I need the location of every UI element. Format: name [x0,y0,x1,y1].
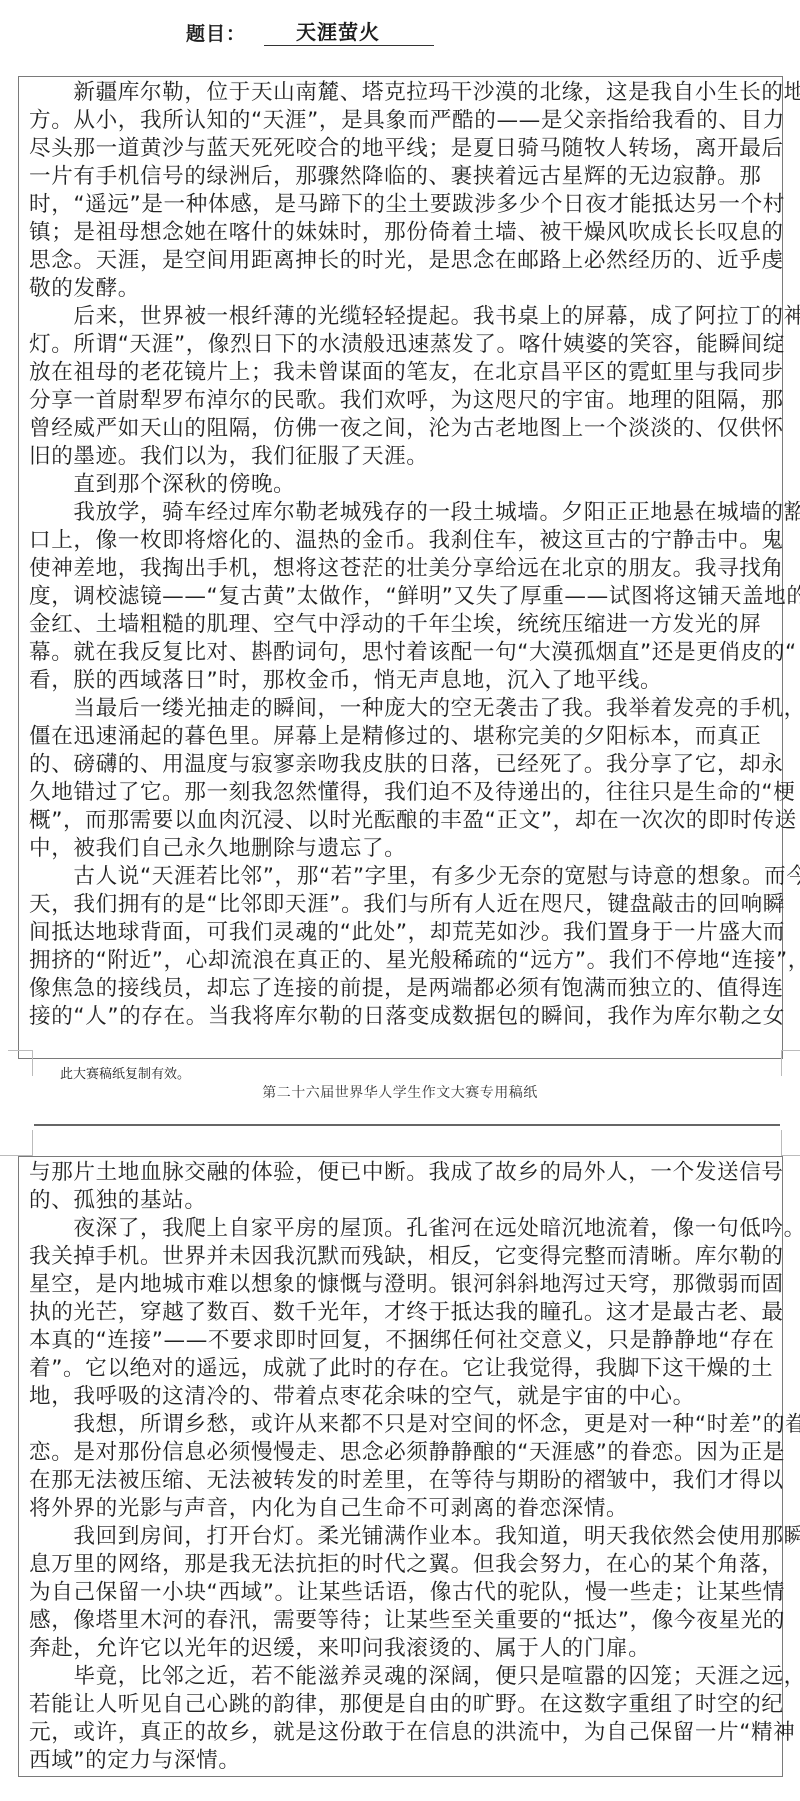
text-line: 使神差地，我掏出手机，想将这苍茫的壮美分享给远在北京的朋友。我寻找角 [29,555,776,583]
paper-header-title: 第二十六届世界华人学生作文大赛专用稿纸 [0,1082,800,1102]
text-line: 古人说“天涯若比邻”，那“若”字里，有多少无奈的宽慰与诗意的想象。而今 [29,863,776,891]
text-line: 像焦急的接线员，却忘了连接的前提，是两端都必须有饱满而独立的、值得连 [29,975,776,1003]
text-line: 间抵达地球背面，可我们灵魂的“此处”，却荒芜如沙。我们置身于一片盛大而 [29,919,776,947]
text-line: 思念。天涯，是空间用距离抻长的时光，是思念在邮路上必然经历的、近乎虔 [29,247,776,275]
text-line: 若能让人听见自己心跳的韵律，那便是自由的旷野。在这数字重组了时空的纪 [29,1691,776,1719]
crop-mark [8,1050,32,1051]
text-line: 中，被我们自己永久地删除与遗忘了。 [29,835,776,863]
essay-title-row: 题目： 天涯萤火 [186,16,434,46]
text-line: 一片有手机信号的绿洲后，那骤然降临的、裹挟着远古星辉的无边寂静。那 [29,163,776,191]
manuscript-sheet-2: 与那片土地血脉交融的体验，便已中断。我成了故乡的局外人，一个发送信号的、孤独的基… [18,1156,783,1777]
manuscript-sheet-1: 新疆库尔勒，位于天山南麓、塔克拉玛干沙漠的北缘，这是我自小生长的地方。从小，我所… [18,76,783,1059]
crop-mark [781,1155,800,1156]
crop-mark [32,1130,33,1156]
text-line: 的、磅礴的、用温度与寂寥亲吻我皮肤的日落，已经死了。我分享了它，却永 [29,751,776,779]
text-line: 执的光芒，穿越了数百、数千光年，才终于抵达我的瞳孔。这才是最古老、最 [29,1299,776,1327]
text-line: 感，像塔里木河的春汛，需要等待；让某些至关重要的“抵达”，像今夜星光的 [29,1607,776,1635]
copy-valid-note: 此大赛稿纸复制有效。 [60,1063,190,1082]
crop-mark [781,1130,782,1156]
text-line: 我放学，骑车经过库尔勒老城残存的一段土城墙。夕阳正正地悬在城墙的豁 [29,499,776,527]
text-line: 概”，而那需要以血肉沉浸、以时光酝酿的丰盈“正文”，却在一次次的即时传送 [29,807,776,835]
essay-text-page-1: 新疆库尔勒，位于天山南麓、塔克拉玛干沙漠的北缘，这是我自小生长的地方。从小，我所… [29,79,776,1031]
text-line: 为自己保留一小块“西域”。让某些话语，像古代的驼队，慢一些走；让某些情 [29,1579,776,1607]
text-line: 毕竟，比邻之近，若不能滋养灵魂的深阔，便只是喧嚣的囚笼；天涯之远， [29,1663,776,1691]
text-line: 方。从小，我所认知的“天涯”，是具象而严酷的——是父亲指给我看的、目力 [29,107,776,135]
text-line: 星空，是内地城市难以想象的慷慨与澄明。银河斜斜地泻过天穹，那微弱而固 [29,1271,776,1299]
text-line: 天，我们拥有的是“比邻即天涯”。我们与所有人近在咫尺，键盘敲击的回响瞬 [29,891,776,919]
essay-title: 天涯萤火 [264,16,434,46]
text-line: 在那无法被压缩、无法被转发的时差里，在等待与期盼的褶皱中，我们才得以 [29,1467,776,1495]
text-line: 分享一首尉犁罗布淖尔的民歌。我们欢呼，为这咫尺的宇宙。地理的阻隔，那 [29,387,776,415]
text-line: 西域”的定力与深情。 [29,1747,776,1775]
text-line: 久地错过了它。那一刻我忽然懂得，我们迫不及待递出的，往往只是生命的“梗 [29,779,776,807]
text-line: 放在祖母的老花镜片上；我未曾谋面的笔友，在北京昌平区的霓虹里与我同步 [29,359,776,387]
text-line: 我关掉手机。世界并未因我沉默而残缺，相反，它变得完整而清晰。库尔勒的 [29,1243,776,1271]
text-line: 度，调校滤镜——“复古黄”太做作，“鲜明”又失了厚重——试图将这铺天盖地的 [29,583,776,611]
text-line: 着”。它以绝对的遥远，成就了此时的存在。它让我觉得，我脚下这干燥的土 [29,1355,776,1383]
text-line: 看，朕的西域落日”时，那枚金币，悄无声息地，沉入了地平线。 [29,667,776,695]
text-line: 敬的发酵。 [29,275,776,303]
text-line: 旧的墨迹。我们以为，我们征服了天涯。 [29,443,776,471]
text-line: 我想，所谓乡愁，或许从来都不只是对空间的怀念，更是对一种“时差”的眷 [29,1411,776,1439]
text-line: 后来，世界被一根纤薄的光缆轻轻提起。我书桌上的屏幕，成了阿拉丁的神 [29,303,776,331]
text-line: 我回到房间，打开台灯。柔光铺满作业本。我知道，明天我依然会使用那瞬 [29,1523,776,1551]
text-line: 尽头那一道黄沙与蓝天死死咬合的地平线；是夏日骑马随牧人转场，离开最后 [29,135,776,163]
text-line: 接的“人”的存在。当我将库尔勒的日落变成数据包的瞬间，我作为库尔勒之女 [29,1003,776,1031]
text-line: 灯。所谓“天涯”，像烈日下的水渍般迅速蒸发了。喀什姨婆的笑容，能瞬间绽 [29,331,776,359]
text-line: 夜深了，我爬上自家平房的屋顶。孔雀河在远处暗沉地流着，像一句低吟。 [29,1215,776,1243]
text-line: 恋。是对那份信息必须慢慢走、思念必须静静酿的“天涯感”的眷恋。因为正是 [29,1439,776,1467]
crop-mark [32,1050,33,1076]
text-line: 时，“遥远”是一种体感，是马蹄下的尘土要跋涉多少个日夜才能抵达另一个村 [29,191,776,219]
text-line: 新疆库尔勒，位于天山南麓、塔克拉玛干沙漠的北缘，这是我自小生长的地 [29,79,776,107]
text-line: 拥挤的“附近”，心却流浪在真正的、星光般稀疏的“远方”。我们不停地“连接”， [29,947,776,975]
text-line: 将外界的光影与声音，内化为自己生命不可剥离的眷恋深情。 [29,1495,776,1523]
text-line: 息万里的网络，那是我无法抗拒的时代之翼。但我会努力，在心的某个角落， [29,1551,776,1579]
crop-mark [781,1050,782,1076]
text-line: 直到那个深秋的傍晚。 [29,471,776,499]
text-line: 当最后一缕光抽走的瞬间，一种庞大的空无袭击了我。我举着发亮的手机， [29,695,776,723]
text-line: 金红、土墙粗糙的肌理、空气中浮动的千年尘埃，统统压缩进一方发光的屏 [29,611,776,639]
header-divider [34,1124,780,1126]
text-line: 本真的“连接”——不要求即时回复，不捆绑任何社交意义，只是静静地“存在 [29,1327,776,1355]
text-line: 僵在迅速涌起的暮色里。屏幕上是精修过的、堪称完美的夕阳标本，而真正 [29,723,776,751]
text-line: 元，或许，真正的故乡，就是这份敢于在信息的洪流中，为自己保留一片“精神 [29,1719,776,1747]
text-line: 曾经威严如天山的阻隔，仿佛一夜之间，沦为古老地图上一个淡淡的、仅供怀 [29,415,776,443]
text-line: 口上，像一枚即将熔化的、温热的金币。我刹住车，被这亘古的宁静击中。鬼 [29,527,776,555]
crop-mark [781,1050,800,1051]
text-line: 奔赴，允许它以光年的迟缓，来叩问我滚烫的、属于人的门扉。 [29,1635,776,1663]
text-line: 地，我呼吸的这清冷的、带着点枣花余味的空气，就是宇宙的中心。 [29,1383,776,1411]
text-line: 幕。就在我反复比对、斟酌词句，思忖着该配一句“大漠孤烟直”还是更俏皮的“ [29,639,776,667]
text-line: 的、孤独的基站。 [29,1187,776,1215]
title-label: 题目： [186,19,246,46]
text-line: 与那片土地血脉交融的体验，便已中断。我成了故乡的局外人，一个发送信号 [29,1159,776,1187]
essay-text-page-2: 与那片土地血脉交融的体验，便已中断。我成了故乡的局外人，一个发送信号的、孤独的基… [29,1159,776,1775]
text-line: 镇；是祖母想念她在喀什的妹妹时，那份倚着土墙、被干燥风吹成长长叹息的 [29,219,776,247]
